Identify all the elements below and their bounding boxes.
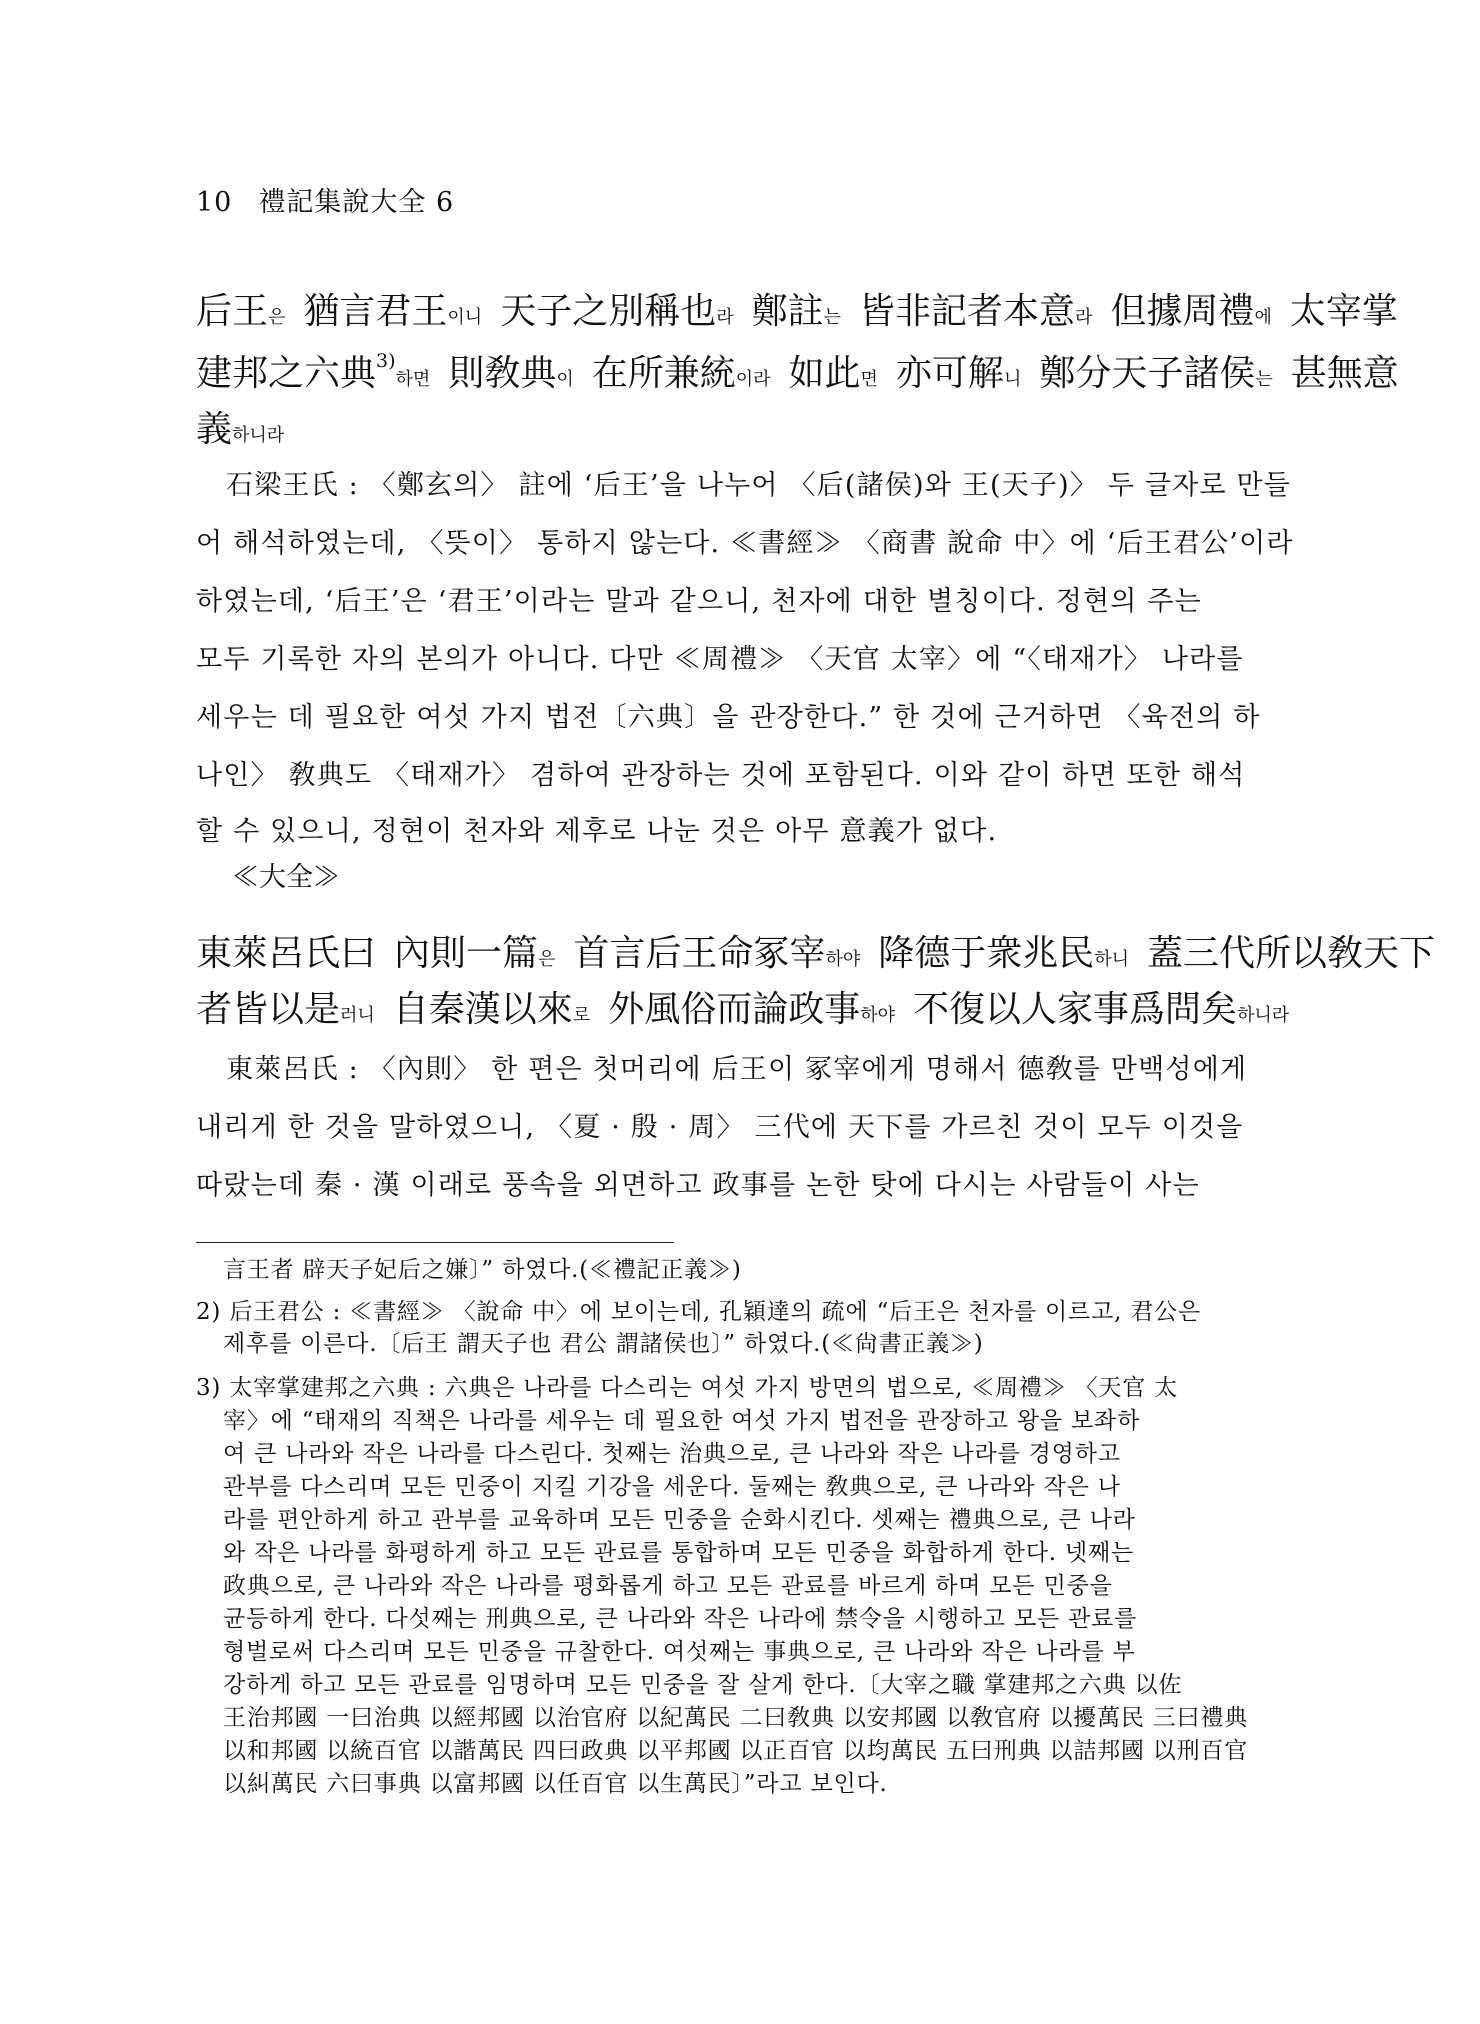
hangul-particle: 에 [1254,307,1271,328]
footnote-2-line: 2) 后王君公 : ≪書經≫ 〈說命 中〉에 보이는데, 孔穎達의 疏에 “后王… [196,1296,1201,1328]
translation-line: 어 해석하였는데, 〈뜻이〉 통하지 않는다. ≪書經≫ 〈商書 說命 中〉에 … [196,524,1294,564]
hangul-particle: 는 [1255,369,1272,390]
hangul-particle: 라 [1075,307,1092,328]
hanja-text: 太宰掌 [1290,291,1398,332]
hanja-text: 皆非記者本意 [859,291,1075,332]
footnote-3-line: 여 큰 나라와 작은 나라를 다스린다. 첫째는 治典으로, 큰 나라와 작은 … [223,1438,1121,1470]
footnote-3-line: 政典으로, 큰 나라와 작은 나라를 평화롭게 하고 모든 관료를 바르게 하며… [223,1570,1113,1602]
hanja-text: 鄭分天子諸侯 [1039,353,1255,394]
translation-line: 하였는데, ‘后王’은 ‘君王’이라는 말과 같으니, 천자에 대한 별칭이다.… [196,582,1202,622]
original-passage-1-line: 建邦之六典3)하면則敎典이在所兼統이라如此면亦可解니鄭分天子諸侯는甚無意 [196,352,1399,402]
hanja-text: 義 [196,409,232,450]
translation-line: 내리게 한 것을 말하였으니, 〈夏 · 殷 · 周〉 三代에 天下를 가르친 … [196,1108,1244,1148]
hanja-text: 首言后王命冢宰 [573,933,825,974]
footnote-3-line: 형벌로써 다스리며 모든 민중을 규찰한다. 여섯째는 事典으로, 큰 나라와 … [223,1636,1136,1668]
hanja-text: 如此 [789,353,861,394]
footnote-line: 言王者 辟天子妃后之嫌〕” 하였다.(≪禮記正義≫) [223,1254,742,1286]
footnote-separator [196,1242,674,1243]
footnote-3-line: 以糾萬民 六曰事典 以富邦國 以任百官 以生萬民〕”라고 보인다. [223,1768,888,1800]
hanja-text: 外風俗而論政事 [608,989,860,1030]
hanja-text: 鄭註 [752,291,824,332]
hanja-text: 則敎典 [448,353,556,394]
footnote-3-line: 균등하게 한다. 다섯째는 刑典으로, 큰 나라와 작은 나라에 禁令을 시행하… [223,1603,1137,1635]
hangul-particle: 하니라 [1237,1005,1289,1026]
hanja-text: 蓋三代所以敎天下 [1147,933,1435,974]
original-passage-2-line: 者皆以是러니自秦漢以來로外風俗而論政事하야不復以人家事爲問矣하니라 [196,988,1289,1038]
footnote-2-line: 제후를 이른다.〔后王 謂天子也 君公 謂諸侯也〕” 하였다.(≪尙書正義≫) [223,1328,984,1360]
hangul-particle: 는 [824,307,841,328]
hanja-text: 自秦漢以來 [393,989,573,1030]
hanja-text: 猶言君王 [303,291,447,332]
translation-line: 石梁王氏 : 〈鄭玄의〉 註에 ‘后王’을 나누어 〈后(諸侯)와 王(天子)〉… [226,466,1291,506]
hangul-particle: 하면 [396,369,431,390]
footnote-3-line: 와 작은 나라를 화평하게 하고 모든 관료를 통합하며 모든 민중을 화합하게… [223,1537,1134,1569]
section-label-daejeon: ≪大全≫ [232,855,340,894]
hanja-text: 天子之別稱也 [500,291,716,332]
footnote-3-line: 宰〉에 “태재의 직책은 나라를 세우는 데 필요한 여섯 가지 법전을 관장하… [223,1405,1140,1437]
footnote-3-line: 강하게 하고 모든 관료를 임명하며 모든 민중을 잘 살게 한다.〔大宰之職 … [223,1669,1182,1701]
translation-line: 따랐는데 秦 · 漢 이래로 풍속을 외면하고 政事를 논한 탓에 다시는 사람… [196,1166,1200,1206]
hanja-text: 但據周禮 [1110,291,1254,332]
footnote-3-line: 以和邦國 以統百官 以諧萬民 四曰政典 以平邦國 以正百官 以均萬民 五曰刑典 … [223,1735,1248,1767]
hangul-particle: 로 [573,1005,590,1026]
hangul-particle: 하니 [1094,949,1129,970]
hangul-particle: 하야 [825,949,860,970]
hangul-particle: 이 [556,369,573,390]
footnote-3-line: 王治邦國 一曰治典 以經邦國 以治官府 以紀萬民 二曰敎典 以安邦國 以敎官府 … [223,1702,1248,1734]
hangul-particle: 면 [861,369,878,390]
translation-line: 할 수 있으니, 정현이 천자와 제후로 나눈 것은 아무 意義가 없다. [196,812,997,852]
hanja-text: 亦可解 [896,353,1004,394]
hangul-particle: 이니 [447,307,482,328]
hanja-text: 東萊呂氏曰 [196,933,376,974]
hanja-text: 在所兼統 [592,353,736,394]
translation-line: 나인〉 敎典도 〈태재가〉 겸하여 관장하는 것에 포함된다. 이와 같이 하면… [196,756,1246,796]
hanja-text: 后王 [196,291,268,332]
hangul-particle: 니 [1004,369,1021,390]
hangul-particle: 은 [268,307,285,328]
footnote-3-line: 3) 太宰掌建邦之六典 : 六典은 나라를 다스리는 여섯 가지 방면의 법으로… [196,1372,1178,1404]
hangul-particle: 은 [538,949,555,970]
hanja-text: 建邦之六典 [196,353,376,394]
footnote-ref: 3) [376,350,396,372]
footnote-3-line: 라를 편안하게 하고 관부를 교육하며 모든 민중을 순화시킨다. 셋째는 禮典… [223,1504,1136,1536]
footnote-3-line: 관부를 다스리며 모든 민중이 지킬 기강을 세운다. 둘째는 敎典으로, 큰 … [223,1471,1121,1503]
hanja-text: 降德于衆兆民 [878,933,1094,974]
hangul-particle: 이라 [736,369,771,390]
hangul-particle: 하니라 [232,425,284,446]
document-page: 10禮記集說大全 6 后王은猶言君王이니天子之別稱也라鄭註는皆非記者本意라但據周… [0,0,1480,2024]
translation-line: 세우는 데 필요한 여섯 가지 법전〔六典〕을 관장한다.” 한 것에 근거하면… [196,698,1261,738]
hangul-particle: 하야 [860,1005,895,1026]
original-passage-1-line: 義하니라 [196,408,284,458]
translation-line: 모두 기록한 자의 본의가 아니다. 다만 ≪周禮≫ 〈天官 太宰〉에 “〈태재… [196,640,1244,680]
original-passage-1-line: 后王은猶言君王이니天子之別稱也라鄭註는皆非記者本意라但據周禮에太宰掌 [196,290,1398,340]
running-head: 10禮記集說大全 6 [196,180,454,219]
page-number: 10 [196,187,232,218]
hangul-particle: 라 [716,307,733,328]
hanja-text: 內則一篇 [394,933,538,974]
translation-line: 東萊呂氏 : 〈內則〉 한 편은 첫머리에 后王이 冢宰에게 명해서 德敎를 만… [226,1050,1247,1090]
book-title: 禮記集說大全 6 [258,187,454,218]
hanja-text: 甚無意 [1291,353,1399,394]
hanja-text: 不復以人家事爲問矣 [913,989,1237,1030]
hangul-particle: 러니 [340,1005,375,1026]
hanja-text: 者皆以是 [196,989,340,1030]
original-passage-2-line: 東萊呂氏曰內則一篇은首言后王命冢宰하야降德于衆兆民하니蓋三代所以敎天下 [196,932,1435,982]
